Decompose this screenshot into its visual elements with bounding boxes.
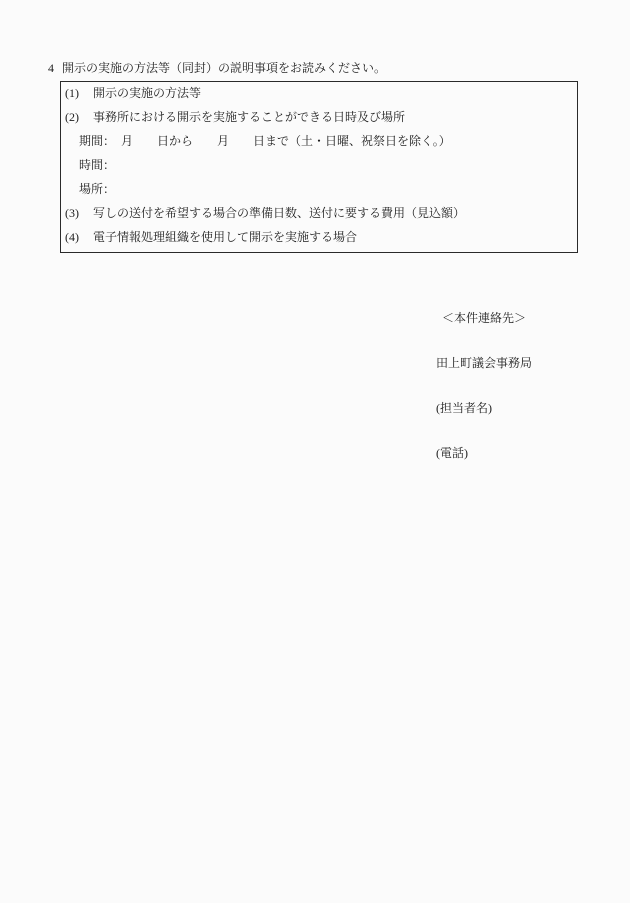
box-subitem-place-text: 場所： <box>79 182 115 196</box>
box-item-1-number: (1) <box>61 86 93 100</box>
document-page: 4 開示の実施の方法等（同封）の説明事項をお読みください。 (1) 開示の実施の… <box>0 0 630 903</box>
box-subitem-place: 場所： <box>61 182 577 196</box>
contact-phone: (電話) <box>436 446 532 461</box>
box-item-3-number: (3) <box>61 206 93 220</box>
box-item-4-text: 電子情報処理組織を使用して開示を実施する場合 <box>93 230 357 244</box>
box-item-4-number: (4) <box>61 230 93 244</box>
info-box: (1) 開示の実施の方法等 (2) 事務所における開示を実施することができる日時… <box>60 81 578 253</box>
box-item-3: (3) 写しの送付を希望する場合の準備日数、送付に要する費用（見込額） <box>61 206 577 220</box>
box-item-1-text: 開示の実施の方法等 <box>93 86 201 100</box>
contact-person: (担当者名) <box>436 401 532 416</box>
box-subitem-time: 時間： <box>61 158 577 172</box>
box-item-2-text: 事務所における開示を実施することができる日時及び場所 <box>93 110 405 124</box>
contact-block: ＜本件連絡先＞ 田上町議会事務局 (担当者名) (電話) <box>436 281 532 491</box>
box-subitem-period: 期間： 月 日から 月 日まで（土・日曜、祝祭日を除く。） <box>61 134 577 148</box>
box-item-2: (2) 事務所における開示を実施することができる日時及び場所 <box>61 110 577 124</box>
box-item-2-number: (2) <box>61 110 93 124</box>
box-item-4: (4) 電子情報処理組織を使用して開示を実施する場合 <box>61 230 577 244</box>
section-heading: 4 開示の実施の方法等（同封）の説明事項をお読みください。 <box>48 61 386 75</box>
contact-organization: 田上町議会事務局 <box>436 356 532 371</box>
contact-heading: ＜本件連絡先＞ <box>436 311 532 326</box>
box-subitem-time-text: 時間： <box>79 158 115 172</box>
box-item-1: (1) 開示の実施の方法等 <box>61 86 577 100</box>
section-number: 4 <box>48 61 62 75</box>
section-title: 開示の実施の方法等（同封）の説明事項をお読みください。 <box>62 61 386 75</box>
box-item-3-text: 写しの送付を希望する場合の準備日数、送付に要する費用（見込額） <box>93 206 465 220</box>
box-subitem-period-text: 期間： 月 日から 月 日まで（土・日曜、祝祭日を除く。） <box>79 134 451 148</box>
